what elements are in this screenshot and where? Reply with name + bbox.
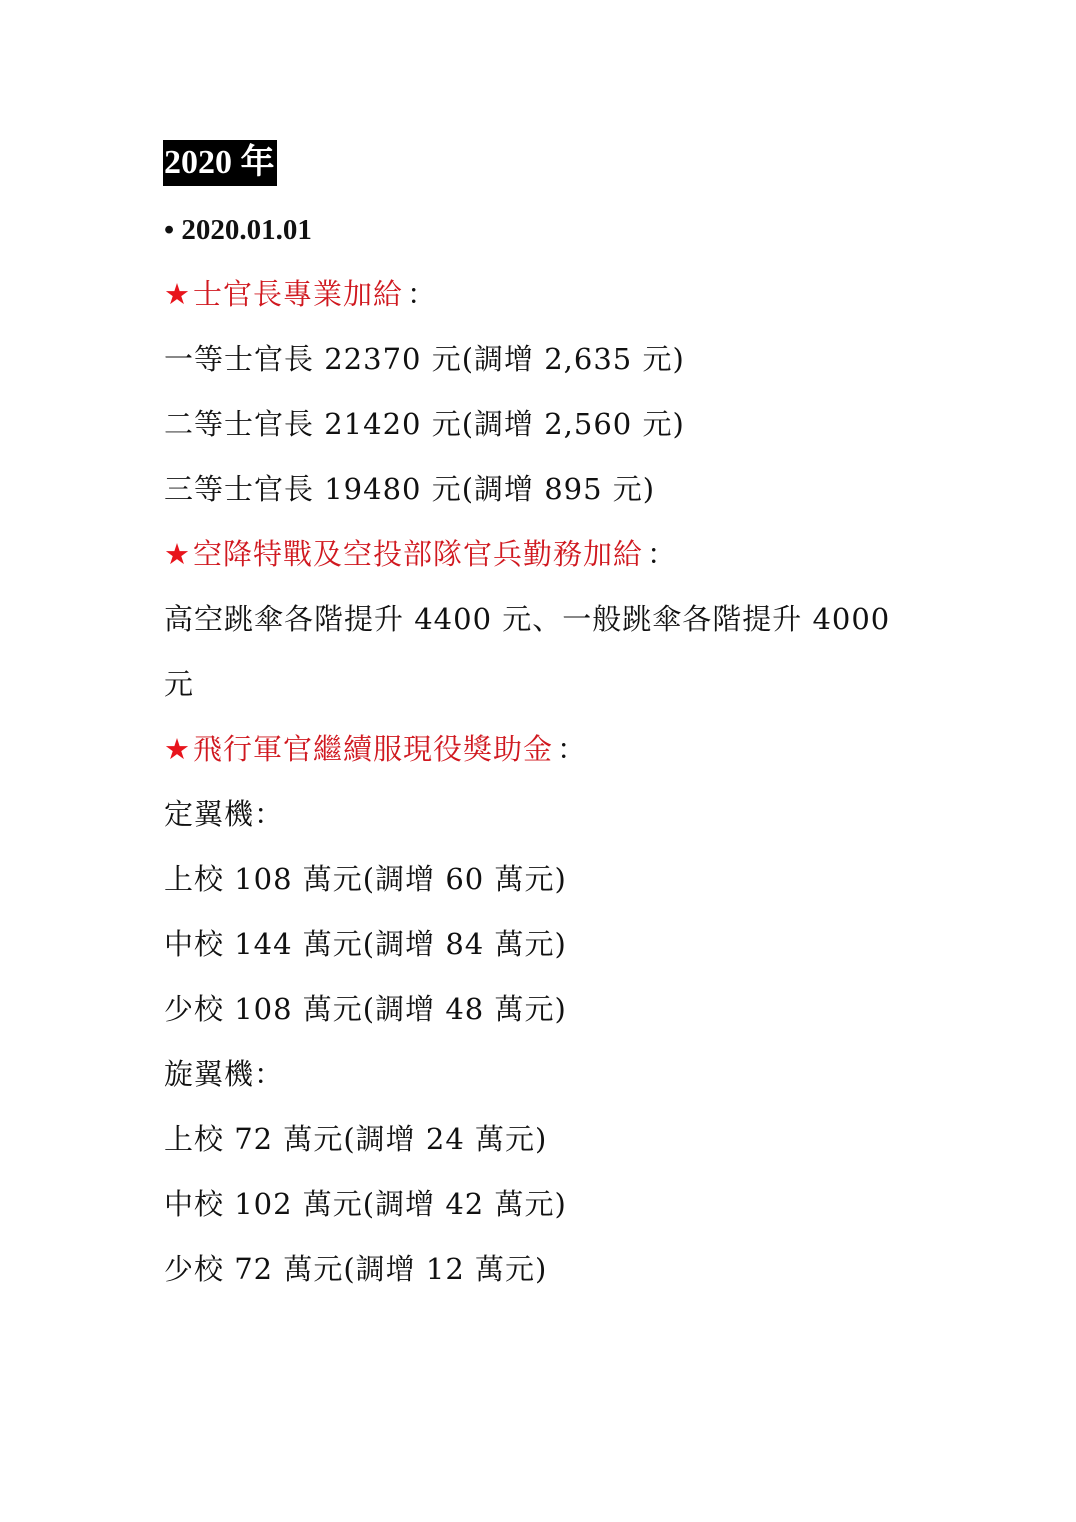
- year-heading: 2020 年: [163, 140, 277, 186]
- list-item: 中校 144 萬元(調增 84 萬元): [164, 924, 567, 964]
- list-item: 上校 72 萬元(調增 24 萬元): [164, 1119, 547, 1159]
- document-page: 2020 年 • 2020.01.01 ★士官長專業加給： 一等士官長 2237…: [0, 0, 1076, 1522]
- group-label-rotary-wing: 旋翼機：: [164, 1054, 284, 1094]
- list-item: 高空跳傘各階提升 4400 元、一般跳傘各階提升 4000: [164, 599, 890, 639]
- list-item: 少校 72 萬元(調增 12 萬元): [164, 1249, 547, 1289]
- group-label-fixed-wing: 定翼機：: [164, 794, 284, 834]
- list-item: 三等士官長 19480 元(調增 895 元): [164, 469, 655, 509]
- star-icon: ★: [164, 277, 191, 311]
- colon: ：: [407, 277, 437, 311]
- list-item: 二等士官長 21420 元(調增 2,560 元): [164, 404, 685, 444]
- list-item: 上校 108 萬元(調增 60 萬元): [164, 859, 567, 899]
- list-item: 中校 102 萬元(調增 42 萬元): [164, 1184, 567, 1224]
- colon: ：: [647, 537, 677, 571]
- list-item: 少校 108 萬元(調增 48 萬元): [164, 989, 567, 1029]
- section-title-airborne-allowance: ★空降特戰及空投部隊官兵勤務加給：: [164, 534, 677, 574]
- star-icon: ★: [164, 537, 191, 571]
- section-title-text: 士官長專業加給: [193, 277, 403, 311]
- colon: ：: [557, 732, 587, 766]
- section-title-text: 空降特戰及空投部隊官兵勤務加給: [193, 537, 643, 571]
- list-item: 元: [164, 664, 194, 704]
- section-title-pilot-retention-bonus: ★飛行軍官繼續服現役獎助金：: [164, 729, 587, 769]
- date-bullet: • 2020.01.01: [164, 210, 312, 250]
- section-title-text: 飛行軍官繼續服現役獎助金: [193, 732, 553, 766]
- list-item: 一等士官長 22370 元(調增 2,635 元): [164, 339, 685, 379]
- section-title-nco-professional-allowance: ★士官長專業加給：: [164, 274, 437, 314]
- star-icon: ★: [164, 732, 191, 766]
